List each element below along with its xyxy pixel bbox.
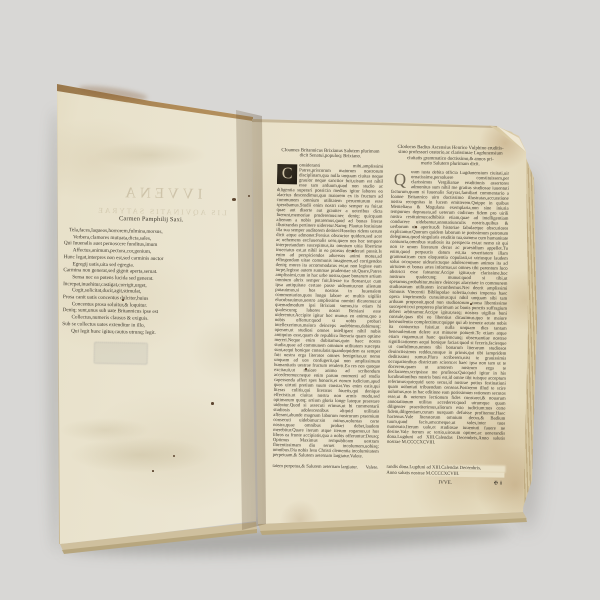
column2-header: CIodocus Badius Ascensius Henrico Vulphi… <box>391 145 509 168</box>
speck <box>352 250 354 252</box>
speck <box>470 303 472 305</box>
column1-closing-text: tatem perpetua,& Salutem aeternam largia… <box>272 464 357 470</box>
worm-mark <box>173 455 175 457</box>
ghost-stamp <box>94 342 148 365</box>
column1-body: Consideranti mihi,amplissimi Patres,pris… <box>273 163 384 465</box>
catchword: IVVE. <box>438 480 452 486</box>
signature-mark: ✠ ii <box>494 480 503 486</box>
bleedthrough-title-line1: IVVENA <box>82 184 242 204</box>
left-page-content: IVVENA LIS AQVINATIS SATYRAE Carmen Pamp… <box>53 178 267 402</box>
column2-text: uum iusta debita officia Lugdunensium ci… <box>387 170 509 445</box>
photo-of-open-book: IVVENA LIS AQVINATIS SATYRAE Carmen Pamp… <box>0 0 600 600</box>
worm-mark <box>211 402 214 405</box>
column1-text: onsideranti mihi,amplissimi Patres,prisc… <box>273 163 384 459</box>
speck <box>122 299 124 301</box>
speck <box>415 226 417 228</box>
column2-body: Quum iusta debita officia Lugdunensium c… <box>387 170 510 465</box>
column1-header: CIoannes Britannicus Brixianus Salutem p… <box>277 148 383 160</box>
right-page-content: CIoannes Britannicus Brixianus Salutem p… <box>251 119 535 535</box>
speck <box>305 368 307 370</box>
catchword-row: IVVE. ✠ ii <box>386 479 504 487</box>
column1-closing-line: tatem perpetua,& Salutem aeternam largia… <box>272 464 378 471</box>
column2-closing-line2: Anno salutis nostrae M.CCCCXCVIII. <box>386 471 504 478</box>
worm-mark <box>248 195 250 197</box>
outline-initial-Q: Q <box>391 170 409 188</box>
poem: Tela,faces,laqueos,horrorem,fulmina,mors… <box>62 227 229 337</box>
column1-valediction: Valete. <box>366 465 379 470</box>
speck <box>152 470 154 472</box>
worm-mark <box>232 198 236 201</box>
woodcut-initial-C: C <box>277 164 297 184</box>
